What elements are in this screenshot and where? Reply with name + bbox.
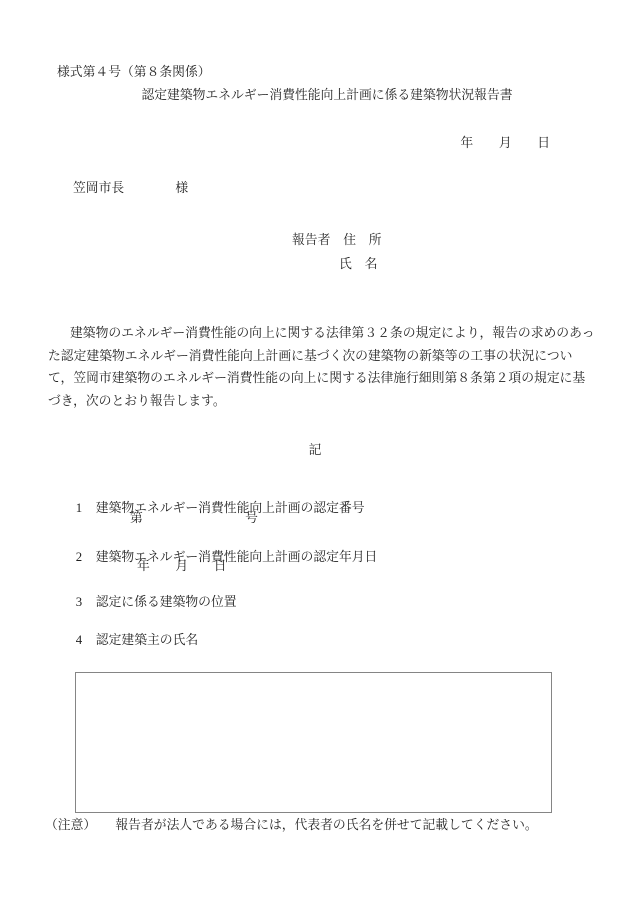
item-2-number: 2	[76, 550, 96, 565]
certification-number-blank-line: 第 号	[130, 511, 258, 526]
reporter-name-line: 氏 名	[339, 257, 377, 272]
note-line: （注意） 報告者が法人である場合には，代表者の氏名を併せて記載してください。	[45, 818, 538, 833]
certification-date-blank-line: 年 月 日	[137, 559, 227, 574]
item-4-label: 認定建築主の氏名	[96, 633, 198, 647]
reporter-address-line: 報告者 住 所	[292, 233, 382, 248]
document-title: 認定建築物エネルギー消費性能向上計画に係る建築物状況報告書	[24, 88, 630, 103]
document-page: 様式第４号（第８条関係） 認定建築物エネルギー消費性能向上計画に係る建築物状況報…	[0, 0, 630, 903]
construction-details-box	[75, 672, 552, 813]
report-date-line: 年 月 日	[0, 136, 550, 151]
item-1-number: 1	[76, 501, 96, 516]
list-item-4: 4認定建築主の氏名	[63, 618, 198, 662]
ki-heading: 記	[0, 443, 630, 458]
item-3-label: 認定に係る建築物の位置	[96, 595, 237, 609]
body-paragraph: 建築物のエネルギー消費性能の向上に関する法律第３２条の規定により，報告の求めのあ…	[48, 322, 596, 412]
item-4-number: 4	[76, 633, 96, 648]
form-number: 様式第４号（第８条関係）	[57, 65, 211, 80]
addressee-line: 笠岡市長 様	[73, 181, 188, 196]
item-3-number: 3	[76, 595, 96, 610]
